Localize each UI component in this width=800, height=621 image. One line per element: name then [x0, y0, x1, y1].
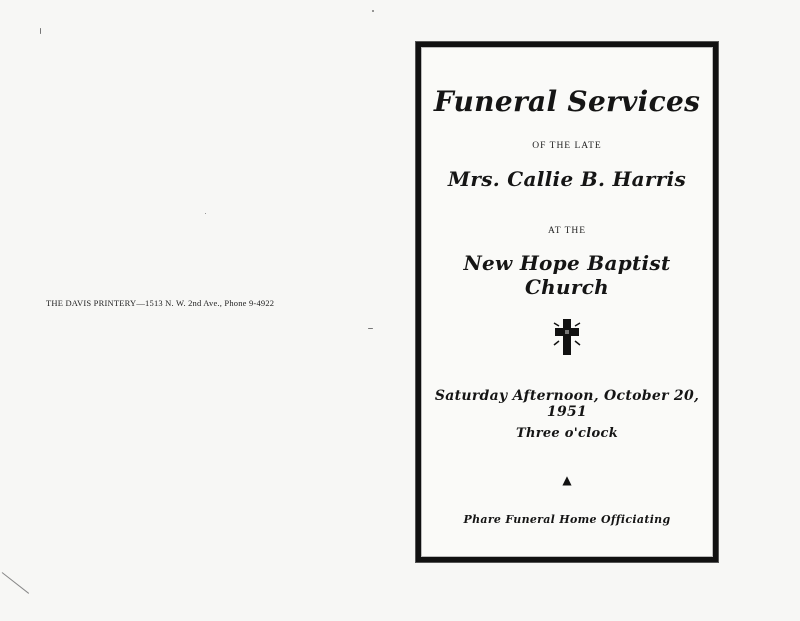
scan-speck	[40, 28, 41, 34]
of-the-late-label: OF THE LATE	[421, 141, 713, 151]
cross-icon	[552, 317, 582, 357]
service-time: Three o'clock	[421, 426, 713, 441]
cross-emblem	[421, 317, 713, 357]
church-name: New Hope Baptist Church	[421, 251, 713, 299]
at-the-label: AT THE	[421, 226, 713, 236]
front-cover-page: Funeral Services OF THE LATE Mrs. Callie…	[416, 42, 718, 562]
scan-speck	[368, 328, 373, 329]
scan-scratch	[2, 572, 29, 594]
printer-credit: THE DAVIS PRINTERY—1513 N. W. 2nd Ave., …	[46, 298, 274, 308]
program-title: Funeral Services	[421, 85, 713, 118]
officiating-funeral-home: Phare Funeral Home Officiating	[421, 513, 713, 526]
deceased-name: Mrs. Callie B. Harris	[421, 167, 713, 191]
scan-speck	[372, 10, 374, 12]
service-date: Saturday Afternoon, October 20, 1951	[421, 388, 713, 420]
triangle-divider-icon: ▲	[421, 473, 713, 487]
scan-speck	[205, 213, 206, 214]
